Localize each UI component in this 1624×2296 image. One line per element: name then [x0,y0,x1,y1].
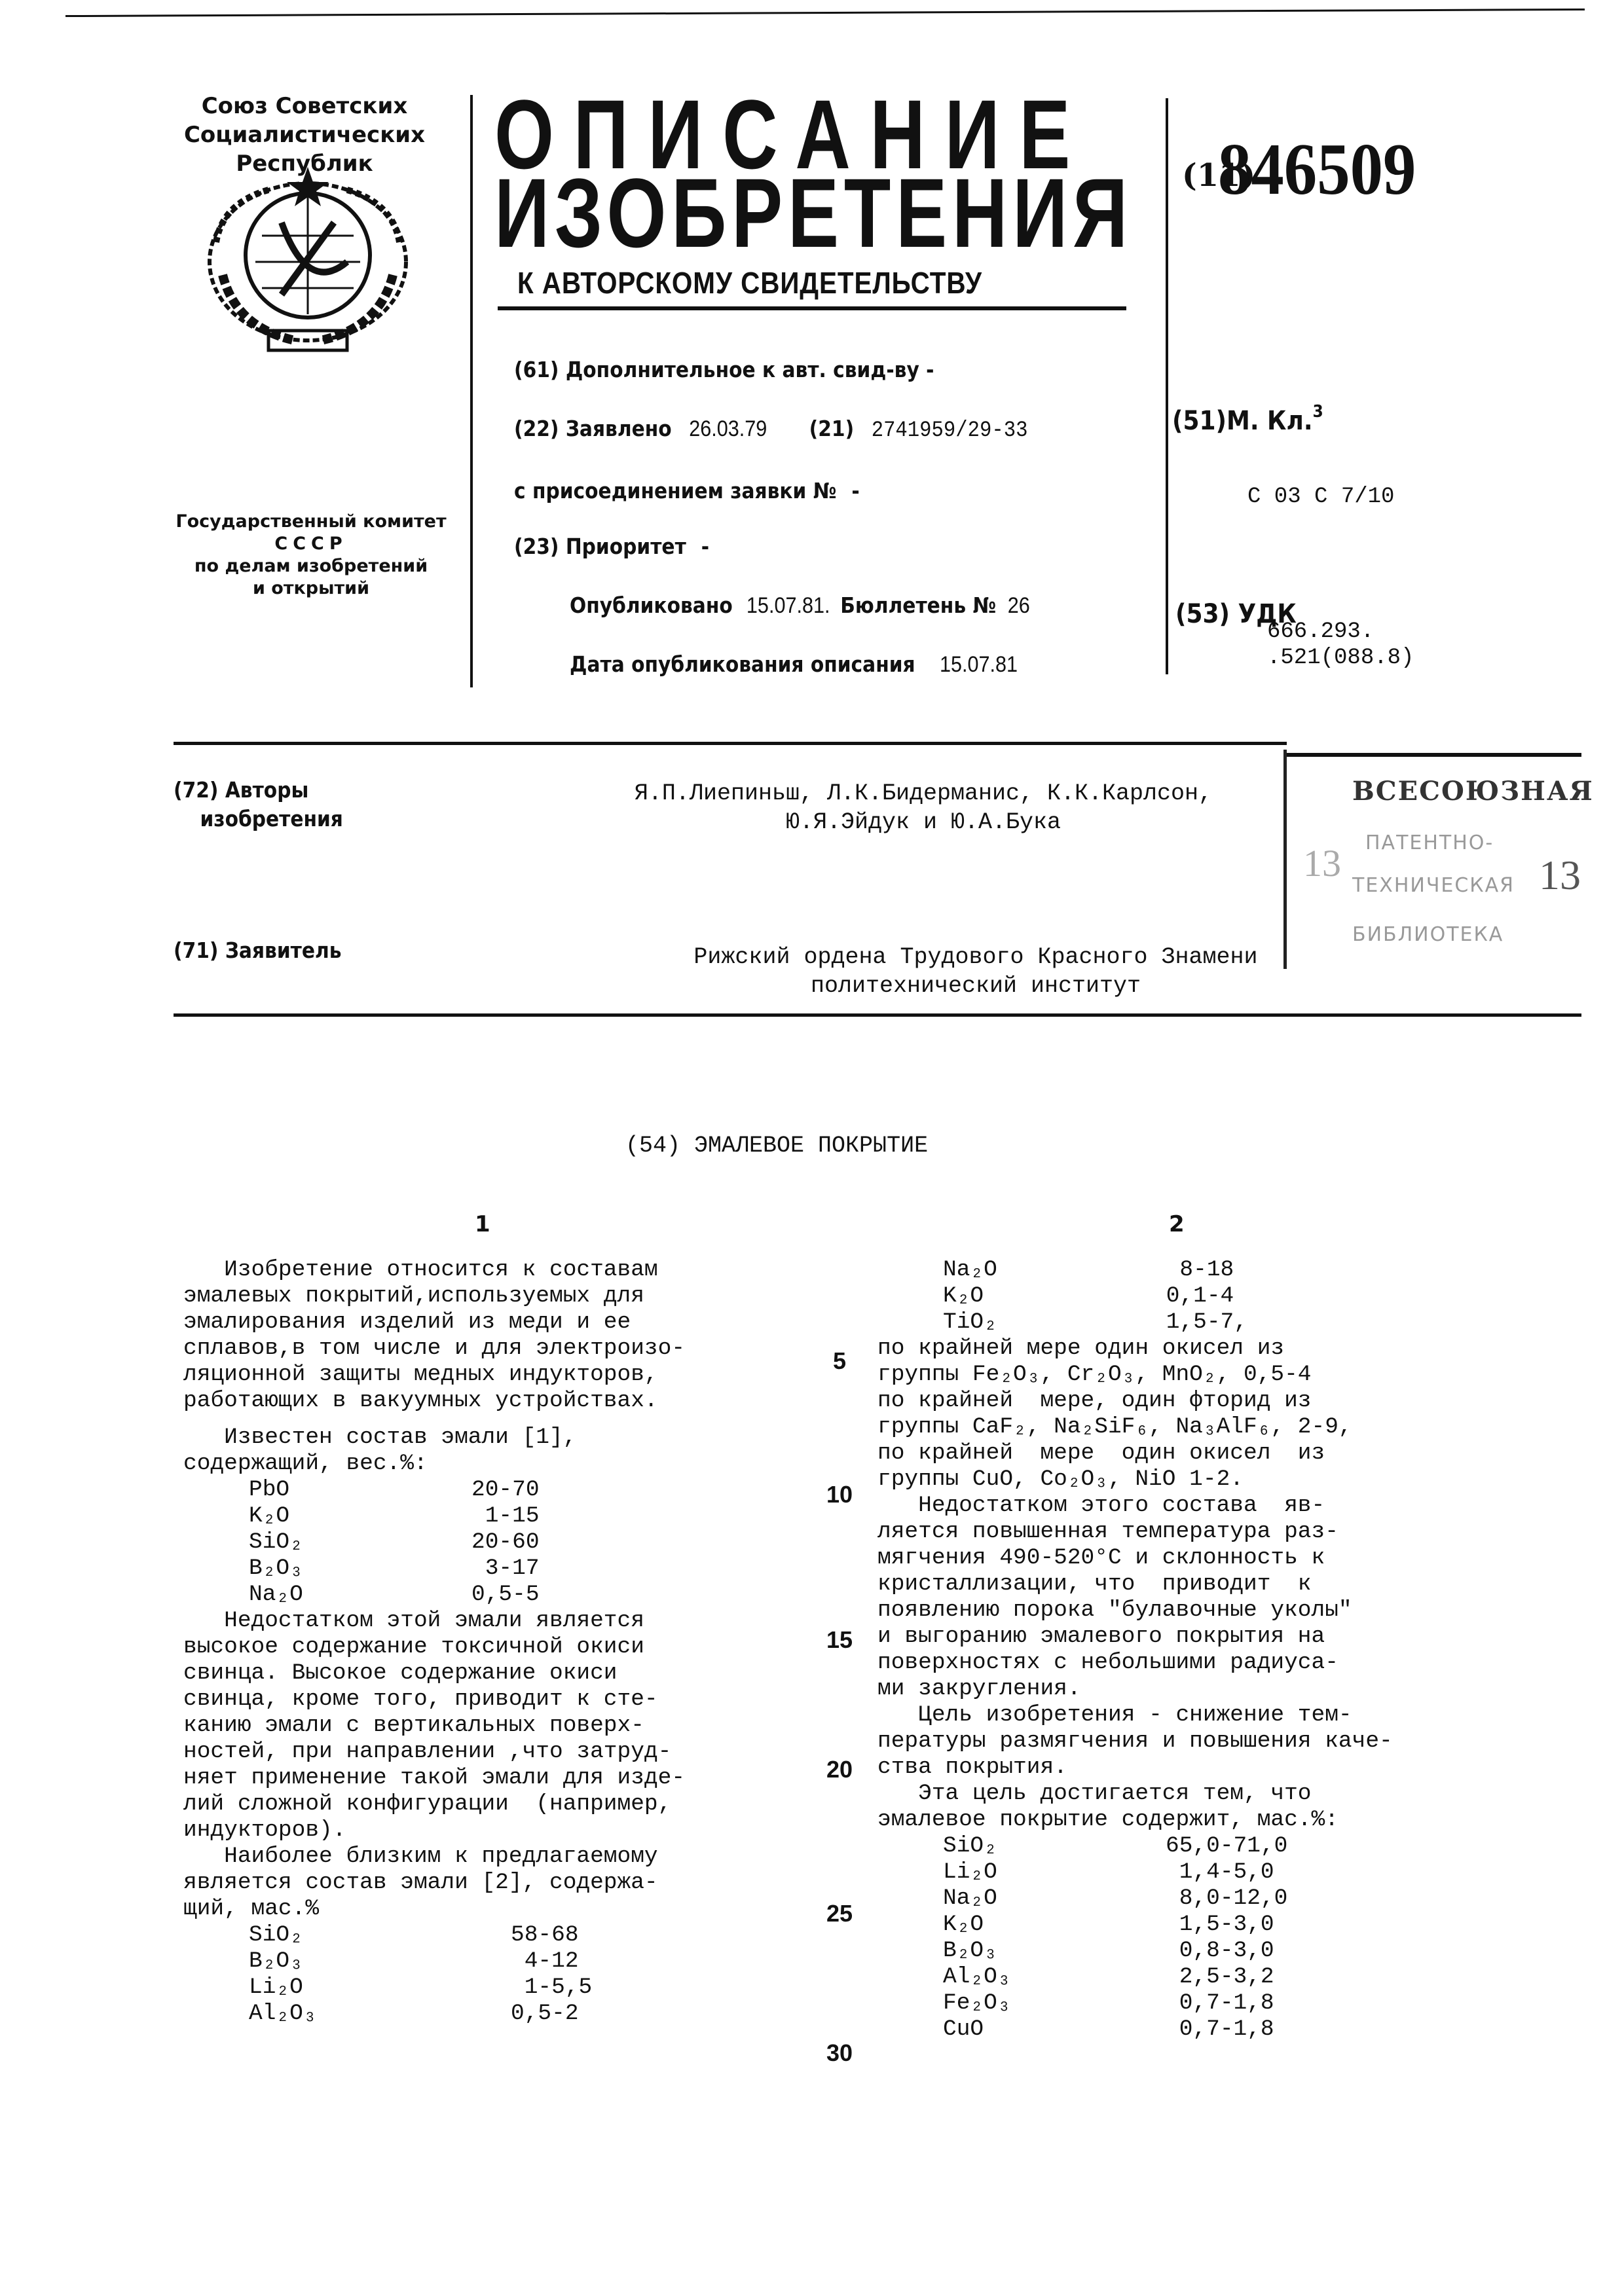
authors-line: Ю.Я.Эйдук и Ю.А.Бука [570,808,1277,837]
component-formula: Fe₂O₃ [877,1990,1166,2016]
component-formula: SiO₂ [183,1922,511,1948]
component-amount: 0,7-1,8 [1166,2016,1274,2043]
composition-row: Al₂O₃0,5-2 [183,2001,838,2027]
committee-line: Государственный комитет [160,511,462,533]
component-formula: Al₂O₃ [877,1964,1166,1990]
component-amount: 1-15 [471,1503,540,1529]
composition-row: Li₂O 1,4-5,0 [877,1859,1532,1886]
country-line: Союз Советских [164,92,445,120]
applicant-line: политехнический институт [629,972,1323,1000]
component-amount: 8,0-12,0 [1166,1886,1287,1912]
component-formula: Li₂O [183,1975,511,2001]
composition-row: Al₂O₃ 2,5-3,2 [877,1964,1532,1990]
composition-row: Na₂O 8-18 [877,1257,1532,1283]
field-label: (23) Приоритет [514,534,686,559]
composition-row: TiO₂ 1,5-7, [877,1309,1532,1336]
document-subtitle: К АВТОРСКОМУ СВИДЕТЕЛЬСТВУ [517,265,982,301]
paragraph-line: кристаллизации, что приводит к [877,1571,1532,1597]
field-value: 2741959/29-33 [872,418,1028,443]
component-formula: B₂O₃ [877,1938,1166,1964]
paragraph-line: щий, мас.% [183,1896,838,1922]
authors-list: Я.П.Лиепиньш, Л.К.Бидерманис, К.К.Карлсо… [570,779,1277,837]
composition-row: B₂O₃ 3-17 [183,1556,838,1582]
component-formula: SiO₂ [877,1833,1166,1859]
paragraph-line: Цель изобретения - снижение тем- [877,1702,1532,1728]
component-amount: 1,5-7, [1153,1309,1247,1336]
field-value: - [701,534,709,559]
paragraph-line: свинца. Высокое содержание окиси [183,1660,838,1686]
composition-row: B₂O₃ 4-12 [183,1948,838,1975]
paragraph-line: свинца, кроме того, приводит к сте- [183,1686,838,1713]
paragraph-line: сплавов,в том числе и для электроизо- [183,1336,838,1362]
component-formula: PbO [183,1477,471,1503]
paragraph-line: группы CuO, Co₂O₃, NiO 1-2. [877,1467,1532,1493]
udc-value: 666.293. .521(088.8) [1267,619,1414,671]
field-51: (51)М. Кл.3 [1172,406,1323,436]
field-value: 15.07.81 [940,652,1018,677]
library-stamp: ВСЕСОЮЗНАЯ ПАТЕНТНО- ТЕХНИЧЕСКАЯ БИБЛИОТ… [1283,750,1588,969]
paragraph-line: Известен состав эмали [1], [183,1425,838,1451]
right-column: Na₂O 8-18K₂O 0,1-4TiO₂ 1,5-7,по крайней … [877,1257,1532,2043]
component-formula: Na₂O [183,1582,471,1608]
paragraph-line: пературы размягчения и повышения каче- [877,1728,1532,1755]
field-23: (23) Приоритет - [514,534,709,559]
paragraph-line: няет применение такой эмали для изде- [183,1765,838,1791]
component-amount: 20-70 [471,1477,540,1503]
stamp-number: 13 [1539,851,1581,900]
paragraph-line: по крайней мере один окисел из [877,1336,1532,1362]
paragraph-line: ностей, при направлении ,что затруд- [183,1739,838,1765]
field-label: (22) Заявлено [514,416,672,441]
paragraph-line: Эта цель достигается тем, что [877,1781,1532,1807]
paragraph-line: является состав эмали [2], содержа- [183,1870,838,1896]
component-formula: K₂O [877,1283,1153,1309]
field-value: - [926,357,934,382]
composition-row: K₂O 1,5-3,0 [877,1912,1532,1938]
paragraph-line: Недостатком этой эмали является [183,1608,838,1634]
paragraph-line: эмалевое покрытие содержит, мас.%: [877,1807,1532,1833]
field-published: Опубликовано 15.07.81. Бюллетень № 26 [570,592,1030,619]
component-amount: 1,4-5,0 [1166,1859,1274,1886]
field-description-date: Дата опубликования описания 15.07.81 [570,651,1018,678]
udc-line: 666.293. [1267,619,1414,645]
component-amount: 0,8-3,0 [1166,1938,1274,1964]
composition-row: PbO20-70 [183,1477,838,1503]
composition-row: CuO 0,7-1,8 [877,2016,1532,2043]
component-formula: Na₂O [877,1257,1153,1283]
field-label: (51)М. Кл. [1172,406,1313,436]
paragraph-line: Изобретение относится к составам [183,1257,838,1283]
ipc-class: С 03 С 7/10 [1247,484,1394,509]
component-amount: 0,5-2 [511,2001,579,2027]
component-amount: 3-17 [471,1556,540,1582]
field-joined-application: с присоединением заявки № - [514,478,860,503]
composition-row: K₂O 0,1-4 [877,1283,1532,1309]
component-amount: 20-60 [471,1529,540,1556]
paragraph-line: эмалирования изделий из меди и ее [183,1309,838,1336]
component-formula: B₂O₃ [183,1948,511,1975]
component-amount: 58-68 [511,1922,579,1948]
paragraph-line: мягчения 490-520°С и склонность к [877,1545,1532,1571]
composition-row: Li₂O 1-5,5 [183,1975,838,2001]
field-value: 15.07.81. [747,593,830,618]
header-divider-right [1166,98,1168,674]
applicant-line: Рижский ордена Трудового Красного Знамен… [629,943,1323,972]
component-amount: 8-18 [1153,1257,1234,1283]
component-amount: 4-12 [511,1948,579,1975]
column-number-left: 1 [475,1211,490,1237]
stamp-line: ВСЕСОЮЗНАЯ [1352,776,1594,807]
field-label: Дата опубликования описания [570,651,915,677]
state-committee: Государственный комитет СССР по делам из… [160,511,462,600]
field-22: (22) Заявлено 26.03.79 (21) 2741959/29-3… [514,416,1027,443]
composition-row: K₂O 1-15 [183,1503,838,1529]
component-formula: TiO₂ [877,1309,1153,1336]
paragraph-line: Наиболее близким к предлагаемому [183,1844,838,1870]
component-amount: 0,5-5 [471,1582,540,1608]
invention-title: (54) ЭМАЛЕВОЕ ПОКРЫТИЕ [625,1133,928,1159]
field-label: Опубликовано [570,592,733,618]
component-formula: Li₂O [877,1859,1166,1886]
authors-label: (72) Авторы изобретения [174,776,343,833]
committee-line: по делам изобретений [160,555,462,577]
field-61: (61) Дополнительное к авт. свид-ву - [514,357,934,382]
top-border-line [65,9,1585,17]
component-amount: 1-5,5 [511,1975,592,2001]
applicant-label: (71) Заявитель [174,936,342,965]
field-label: Бюллетень № [840,592,996,618]
udc-line: .521(088.8) [1267,645,1414,671]
ussr-coat-of-arms-icon [196,164,419,367]
paragraph-line: по крайней мере один окисел из [877,1440,1532,1467]
left-column: Изобретение относится к составамэмалевых… [183,1257,838,2027]
paragraph-line: группы CaF₂, Na₂SiF₆, Na₃AlF₆, 2-9, [877,1414,1532,1440]
component-formula: B₂O₃ [183,1556,471,1582]
paragraph-line: ляется повышенная температура раз- [877,1519,1532,1545]
component-formula: SiO₂ [183,1529,471,1556]
paragraph-line: и выгоранию эмалевого покрытия на [877,1624,1532,1650]
component-amount: 0,7-1,8 [1166,1990,1274,2016]
component-amount: 0,1-4 [1153,1283,1234,1309]
committee-line: и открытий [160,577,462,600]
authors-line: Я.П.Лиепиньш, Л.К.Бидерманис, К.К.Карлсо… [570,779,1277,808]
paragraph-line: канию эмали с вертикальных поверх- [183,1713,838,1739]
paragraph-line: группы Fe₂O₃, Cr₂O₃, MnO₂, 0,5-4 [877,1362,1532,1388]
paragraph-line: работающих в вакуумных устройствах. [183,1388,838,1414]
section-divider-top [174,742,1287,745]
stamp-line: БИБЛИОТЕКА [1352,923,1504,946]
paragraph-line: по крайней мере, один фторид из [877,1388,1532,1414]
country-line: Социалистических [164,120,445,149]
field-label: с присоединением заявки № [514,478,836,503]
field-value: 26 [1008,593,1030,618]
stamp-number: 13 [1303,841,1341,885]
component-formula: Na₂O [877,1886,1166,1912]
paragraph-line: Недостатком этого состава яв- [877,1493,1532,1519]
composition-row: Na₂O 8,0-12,0 [877,1886,1532,1912]
paragraph-line: ства покрытия. [877,1755,1532,1781]
patent-number: 846509 [1218,128,1416,212]
committee-line: СССР [160,533,462,555]
composition-row: Fe₂O₃ 0,7-1,8 [877,1990,1532,2016]
component-amount: 1,5-3,0 [1166,1912,1274,1938]
applicant-name: Рижский ордена Трудового Красного Знамен… [629,943,1323,1000]
field-label: (61) Дополнительное к авт. свид-ву [514,357,919,382]
section-divider-bottom [174,1013,1581,1017]
header-divider-left [470,95,473,687]
column-number-right: 2 [1169,1211,1185,1237]
stamp-line: ПАТЕНТНО- [1365,831,1494,854]
document-title-line2: ИЗОБРЕТЕНИЯ [494,164,1000,262]
component-formula: K₂O [877,1912,1166,1938]
paragraph-line: содержащий, вес.%: [183,1451,838,1477]
composition-row: SiO₂58-68 [183,1922,838,1948]
paragraph-line: ми закругления. [877,1676,1532,1702]
stamp-line: ТЕХНИЧЕСКАЯ [1352,874,1515,897]
paragraph-line: лий сложной конфигурации (например, [183,1791,838,1817]
line-number: 30 [826,2039,853,2067]
paragraph-line: эмалевых покрытий,используемых для [183,1283,838,1309]
composition-row: Na₂O0,5-5 [183,1582,838,1608]
field-value: 26.03.79 [689,416,767,441]
composition-row: B₂O₃ 0,8-3,0 [877,1938,1532,1964]
field-label-sup: 3 [1313,402,1323,422]
composition-row: SiO₂20-60 [183,1529,838,1556]
paragraph-line: индукторов). [183,1817,838,1844]
component-formula: CuO [877,2016,1166,2043]
field-label: (21) [809,416,854,441]
paragraph-line: поверхностях с небольшими радиуса- [877,1650,1532,1676]
paragraph-line: высокое содержание токсичной окиси [183,1634,838,1660]
component-formula: Al₂O₃ [183,2001,511,2027]
component-amount: 2,5-3,2 [1166,1964,1274,1990]
label-line: изобретения [174,805,343,833]
component-formula: K₂O [183,1503,471,1529]
composition-row: SiO₂65,0-71,0 [877,1833,1532,1859]
paragraph-line: ляционной защиты медных индукторов, [183,1362,838,1388]
subtitle-underline [498,306,1126,310]
paragraph-line: появлению порока "булавочные уколы" [877,1597,1532,1624]
field-value: - [851,478,859,503]
component-amount: 65,0-71,0 [1166,1833,1287,1859]
label-line: (72) Авторы [174,776,343,805]
